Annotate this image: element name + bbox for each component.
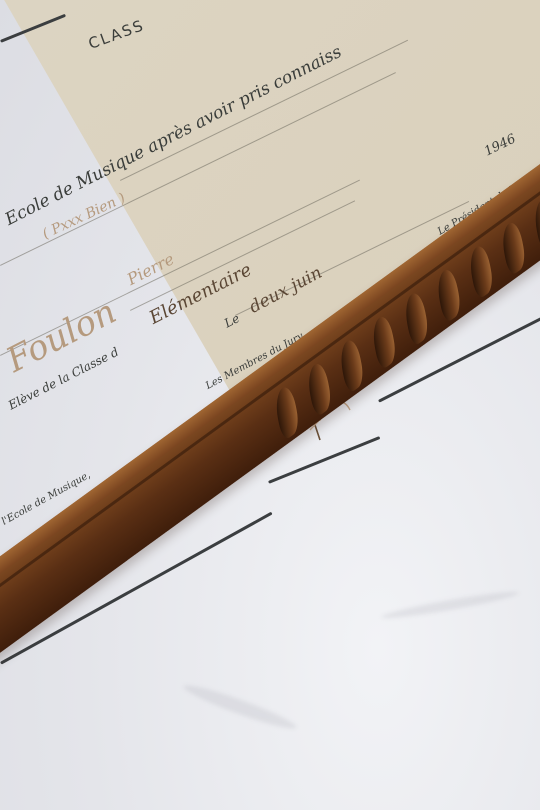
frame-carving [370, 311, 397, 372]
frame-carving [532, 194, 540, 255]
frame-carving [435, 264, 462, 325]
frame-carving [468, 241, 495, 302]
frame-carving [500, 217, 527, 278]
frame-carving [306, 358, 333, 419]
photo-scene: CLASS Ecole de Musique après avoir pris … [0, 0, 540, 810]
frame-carving [403, 288, 430, 349]
frame-carving [273, 382, 300, 443]
frame-carving [338, 335, 365, 396]
